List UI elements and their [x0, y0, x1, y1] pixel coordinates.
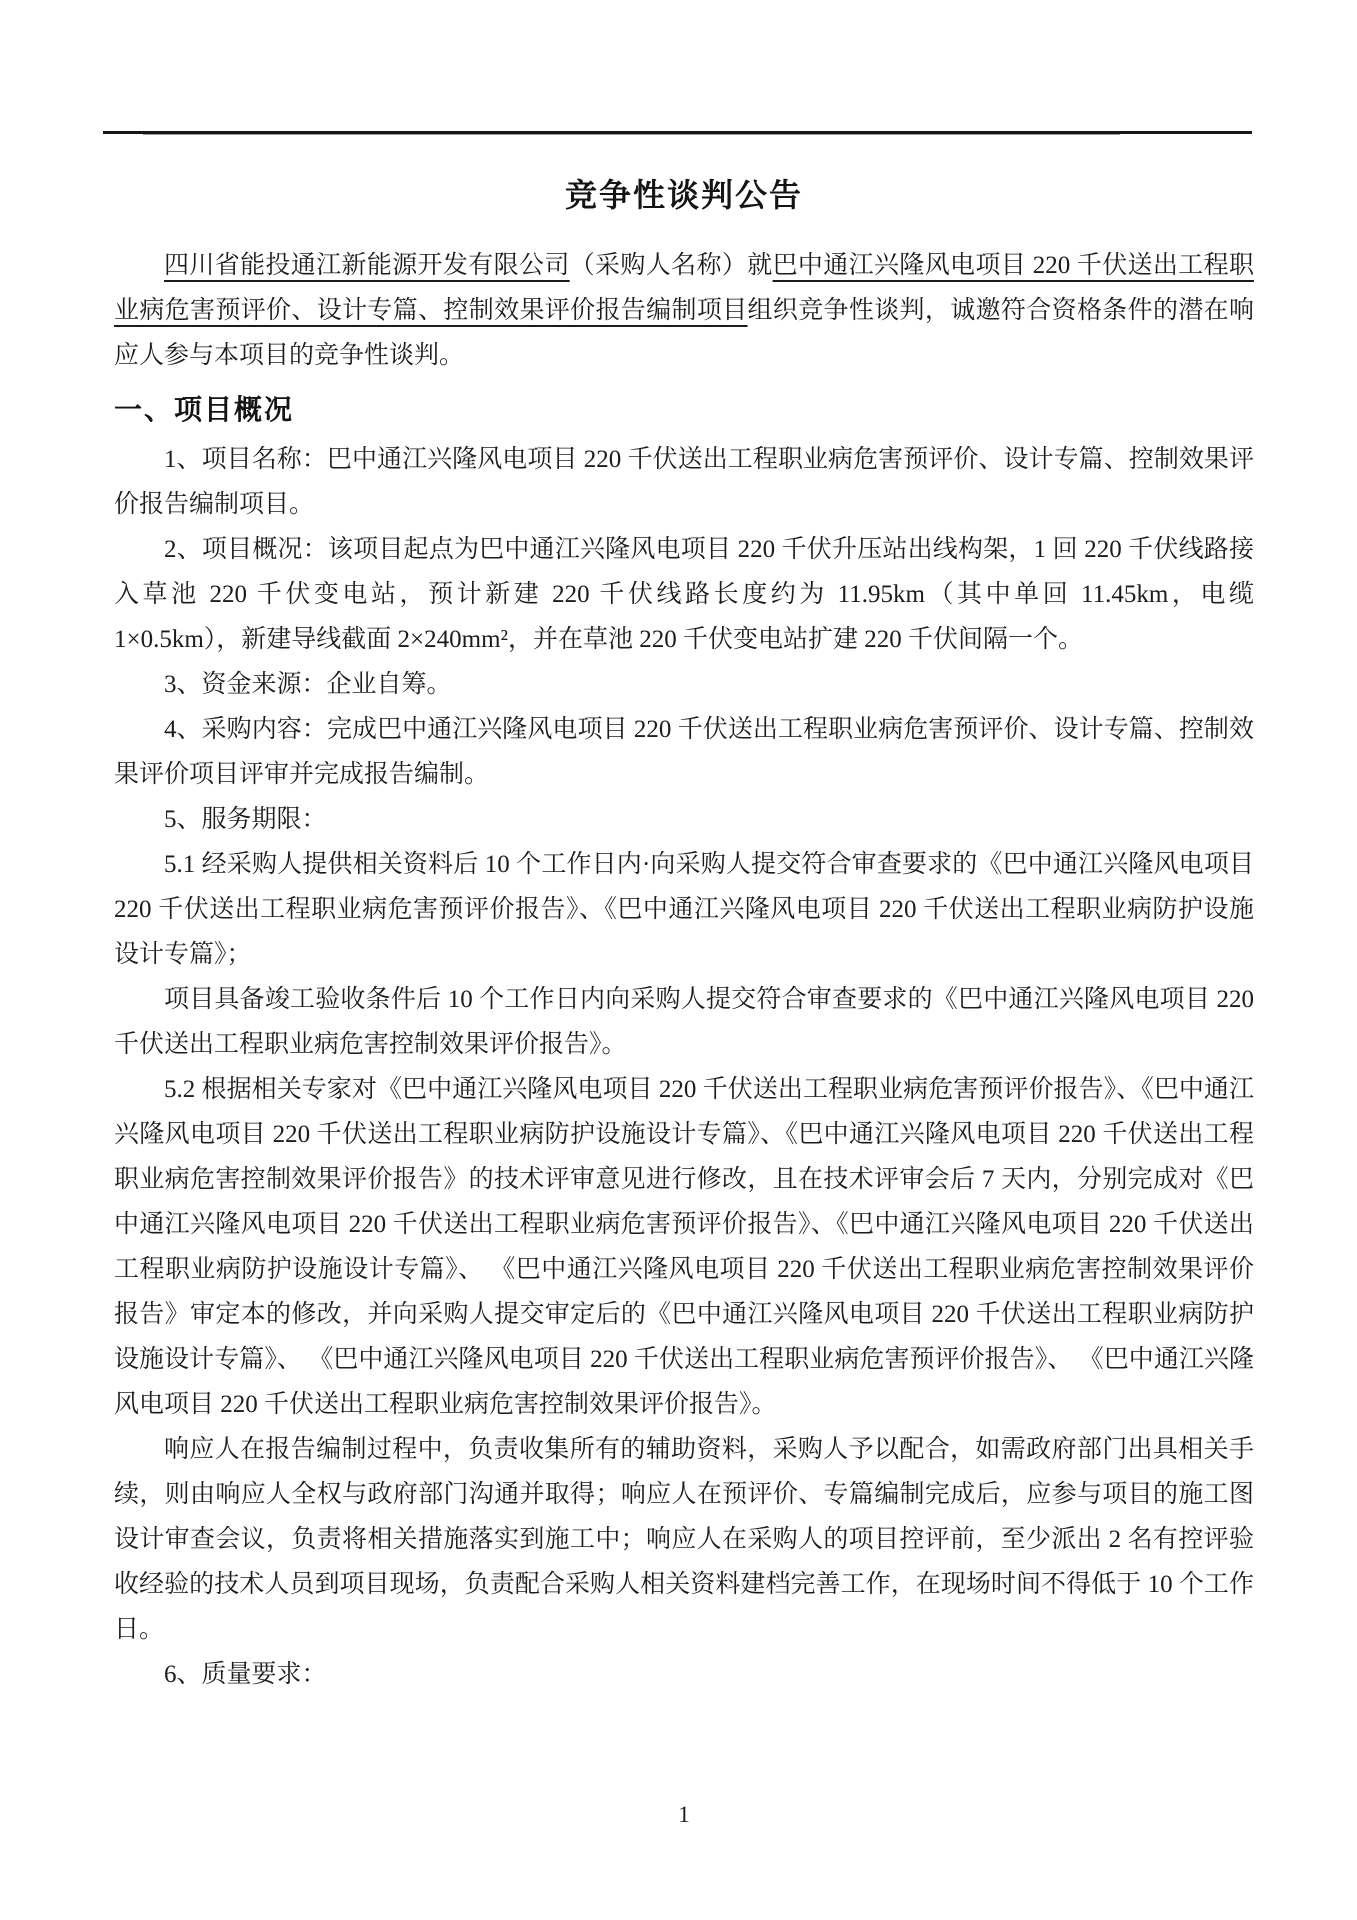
- body-paragraph: 6、质量要求：: [114, 1652, 1254, 1697]
- section-body: 1、项目名称：巴中通江兴隆风电项目 220 千伏送出工程职业病危害预评价、设计专…: [114, 437, 1254, 1697]
- intro-paragraph: 四川省能投通江新能源开发有限公司（采购人名称）就巴中通江兴隆风电项目 220 千…: [114, 243, 1254, 378]
- body-paragraph: 项目具备竣工验收条件后 10 个工作日内向采购人提交符合审查要求的《巴中通江兴隆…: [114, 977, 1254, 1067]
- intro-underlined-text: 四川省能投通江新能源开发有限公司: [164, 252, 570, 279]
- body-paragraph: 5.2 根据相关专家对《巴中通江兴隆风电项目 220 千伏送出工程职业病危害预评…: [114, 1067, 1254, 1427]
- body-paragraph: 1、项目名称：巴中通江兴隆风电项目 220 千伏送出工程职业病危害预评价、设计专…: [114, 437, 1254, 527]
- body-paragraph: 5.1 经采购人提供相关资料后 10 个工作日内·向采购人提交符合审查要求的《巴…: [114, 842, 1254, 977]
- body-paragraph: 2、项目概况：该项目起点为巴中通江兴隆风电项目 220 千伏升压站出线构架，1 …: [114, 527, 1254, 662]
- document-page: 竞争性谈判公告 四川省能投通江新能源开发有限公司（采购人名称）就巴中通江兴隆风电…: [0, 0, 1357, 1920]
- header-divider: [103, 131, 1252, 134]
- section-heading-project-overview: 一、项目概况: [114, 385, 1254, 435]
- body-paragraph: 响应人在报告编制过程中，负责收集所有的辅助资料，采购人予以配合，如需政府部门出具…: [114, 1427, 1254, 1652]
- body-paragraph: 5、服务期限：: [114, 797, 1254, 842]
- body-paragraph: 3、资金来源：企业自筹。: [114, 662, 1254, 707]
- body-paragraph: 4、采购内容：完成巴中通江兴隆风电项目 220 千伏送出工程职业病危害预评价、设…: [114, 707, 1254, 797]
- page-number: 1: [114, 1802, 1254, 1828]
- intro-text: （采购人名称）就: [570, 252, 773, 279]
- document-title: 竞争性谈判公告: [114, 0, 1254, 219]
